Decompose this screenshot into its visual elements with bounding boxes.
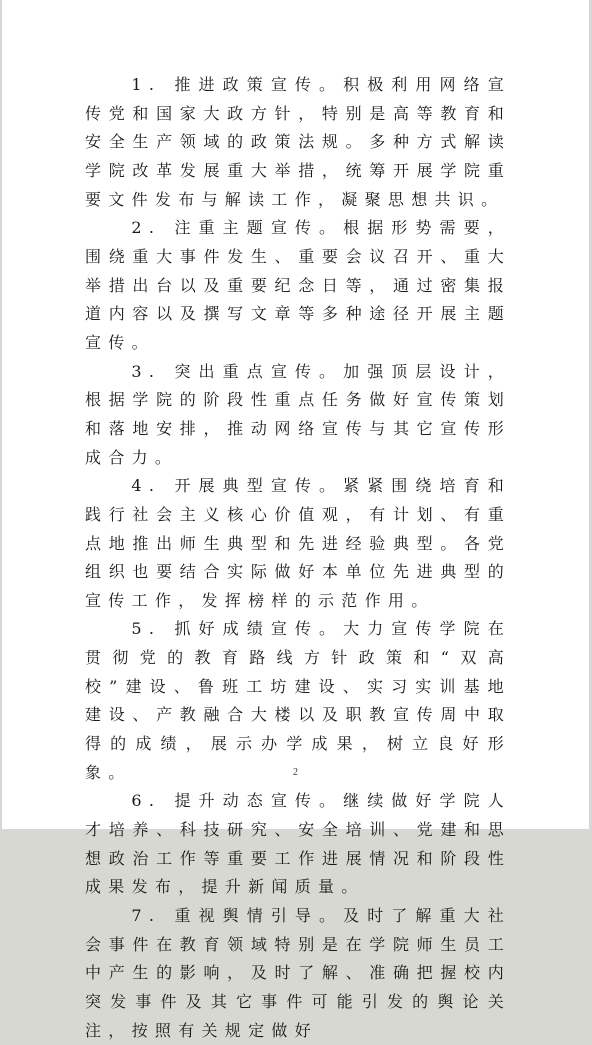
- body-text: 1. 推进政策宣传。积极利用网络宣传党和国家大政方针，特别是高等教育和安全生产领…: [85, 71, 511, 833]
- paragraph-model-publicity: 4. 开展典型宣传。紧紧围绕培育和践行社会主义核心价值观，有计划、有重点地推出师…: [85, 472, 511, 615]
- paragraph-news-publicity: 6. 提升动态宣传。继续做好学院人才培养、科技研究、安全培训、党建和思想政治工作…: [85, 787, 511, 833]
- page-number: 2: [2, 767, 589, 778]
- paragraph-theme-publicity: 2. 注重主题宣传。根据形势需要，围绕重大事件发生、重要会议召开、重大举措出台以…: [85, 214, 511, 357]
- paragraph-key-publicity: 3. 突出重点宣传。加强顶层设计，根据学院的阶段性重点任务做好宣传策划和落地安排…: [85, 358, 511, 473]
- paragraph-policy-publicity: 1. 推进政策宣传。积极利用网络宣传党和国家大政方针，特别是高等教育和安全生产领…: [85, 71, 511, 214]
- document-page: 1. 推进政策宣传。积极利用网络宣传党和国家大政方针，特别是高等教育和安全生产领…: [2, 0, 589, 829]
- paragraph-achievement-publicity: 5. 抓好成绩宣传。大力宣传学院在贯彻党的教育路线方针政策和“双高校”建设、鲁班…: [85, 615, 511, 787]
